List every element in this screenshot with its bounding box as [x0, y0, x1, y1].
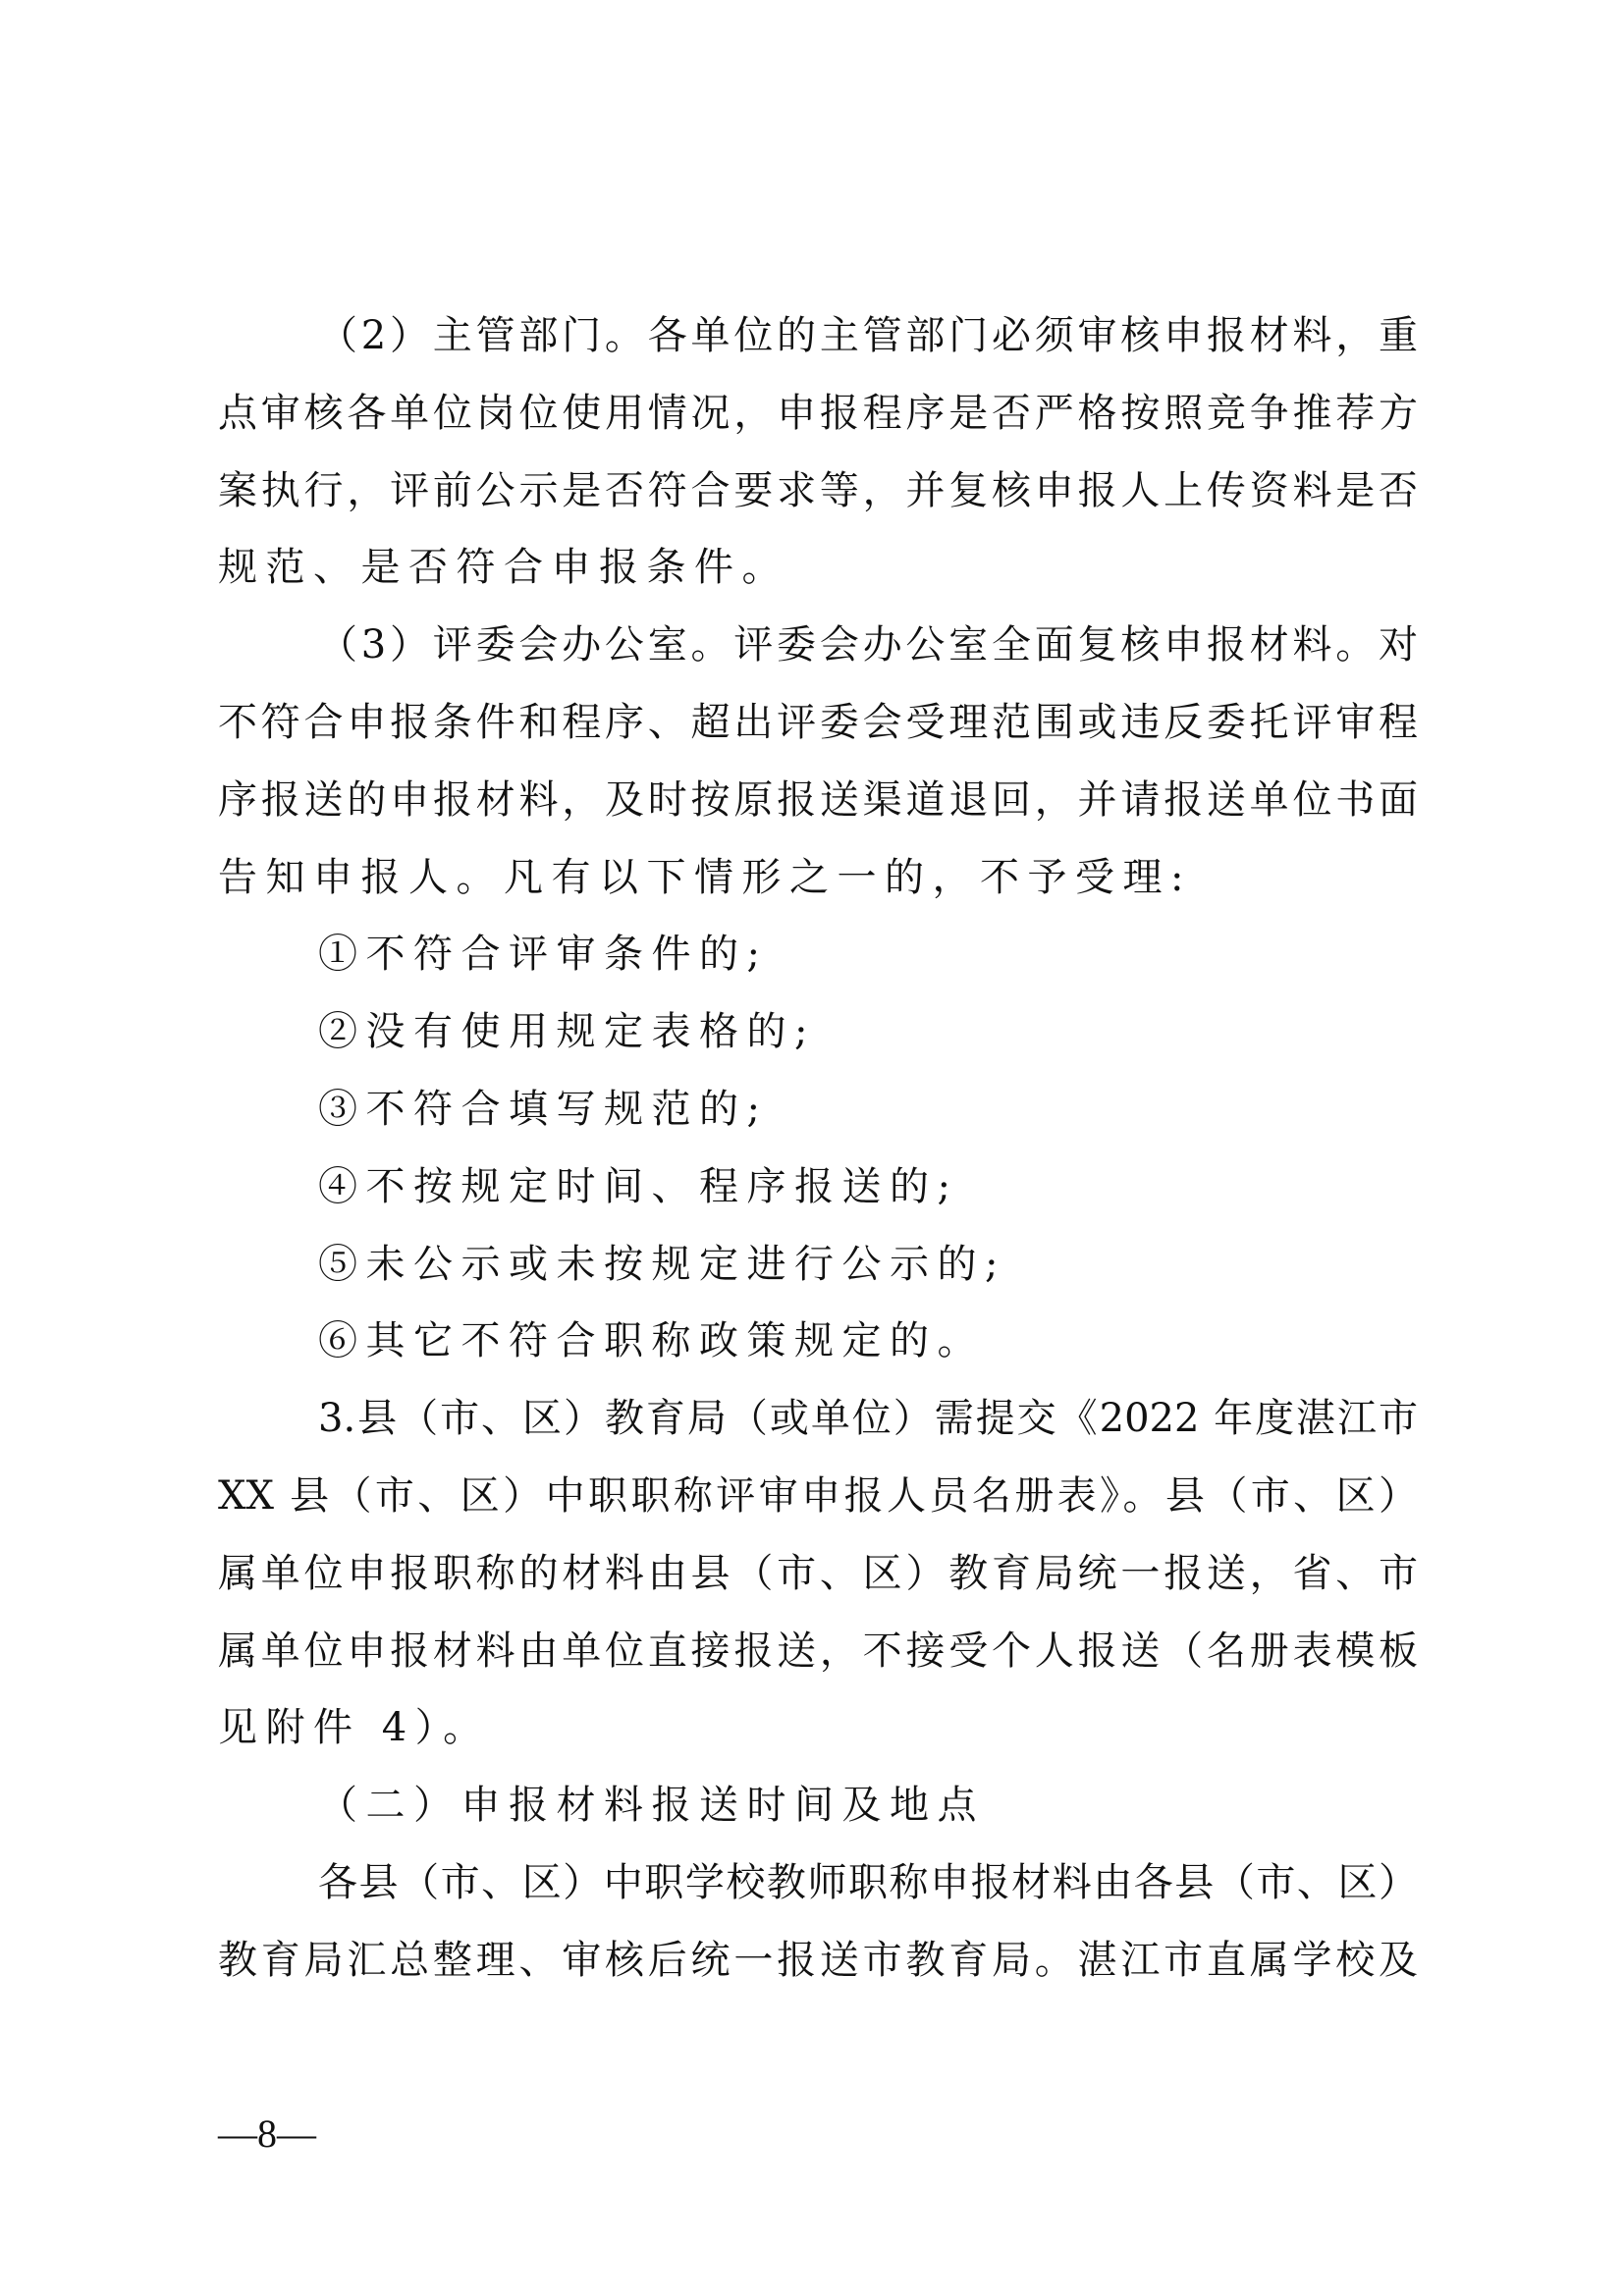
list-item: ④不按规定时间、程序报送的;	[218, 1148, 1418, 1226]
paragraph-line: 各县（市、区）中职学校教师职称申报材料由各县（市、区）	[218, 1844, 1418, 1922]
paragraph-line: 属单位申报材料由单位直接报送，不接受个人报送（名册表模板	[218, 1613, 1418, 1690]
paragraph-line: 3.县（市、区）教育局（或单位）需提交《2022 年度湛江市	[218, 1380, 1418, 1458]
paragraph-line: 见附件 4）。	[218, 1689, 1418, 1767]
paragraph-line: （2）主管部门。各单位的主管部门必须审核申报材料，重	[218, 297, 1418, 375]
paragraph-line: 规范、是否符合申报条件。	[218, 529, 1418, 607]
list-item: ①不符合评审条件的;	[218, 916, 1418, 993]
paragraph-line: 教育局汇总整理、审核后统一报送市教育局。湛江市直属学校及	[218, 1922, 1418, 2000]
paragraph-line: 点审核各单位岗位使用情况，申报程序是否严格按照竞争推荐方	[218, 375, 1418, 453]
page-number: —8—	[218, 2110, 316, 2157]
list-item: ⑥其它不符合职称政策规定的。	[218, 1303, 1418, 1380]
list-item: ⑤未公示或未按规定进行公示的;	[218, 1226, 1418, 1304]
paragraph-line: （3）评委会办公室。评委会办公室全面复核申报材料。对	[218, 607, 1418, 684]
paragraph-line: 告知申报人。凡有以下情形之一的，不予受理:	[218, 839, 1418, 917]
section-heading: （二）申报材料报送时间及地点	[218, 1767, 1418, 1844]
paragraph-line: XX 县（市、区）中职职称评审申报人员名册表》。县（市、区）	[218, 1458, 1418, 1535]
paragraph-line: 属单位申报职称的材料由县（市、区）教育局统一报送，省、市	[218, 1535, 1418, 1613]
paragraph-line: 案执行，评前公示是否符合要求等，并复核申报人上传资料是否	[218, 453, 1418, 530]
list-item: ③不符合填写规范的;	[218, 1071, 1418, 1148]
paragraph-line: 不符合申报条件和程序、超出评委会受理范围或违反委托评审程	[218, 684, 1418, 762]
list-item: ②没有使用规定表格的;	[218, 993, 1418, 1071]
document-page: （2）主管部门。各单位的主管部门必须审核申报材料，重 点审核各单位岗位使用情况，…	[0, 0, 1624, 2296]
body-text: （2）主管部门。各单位的主管部门必须审核申报材料，重 点审核各单位岗位使用情况，…	[218, 297, 1418, 2000]
paragraph-line: 序报送的申报材料，及时按原报送渠道退回，并请报送单位书面	[218, 762, 1418, 839]
